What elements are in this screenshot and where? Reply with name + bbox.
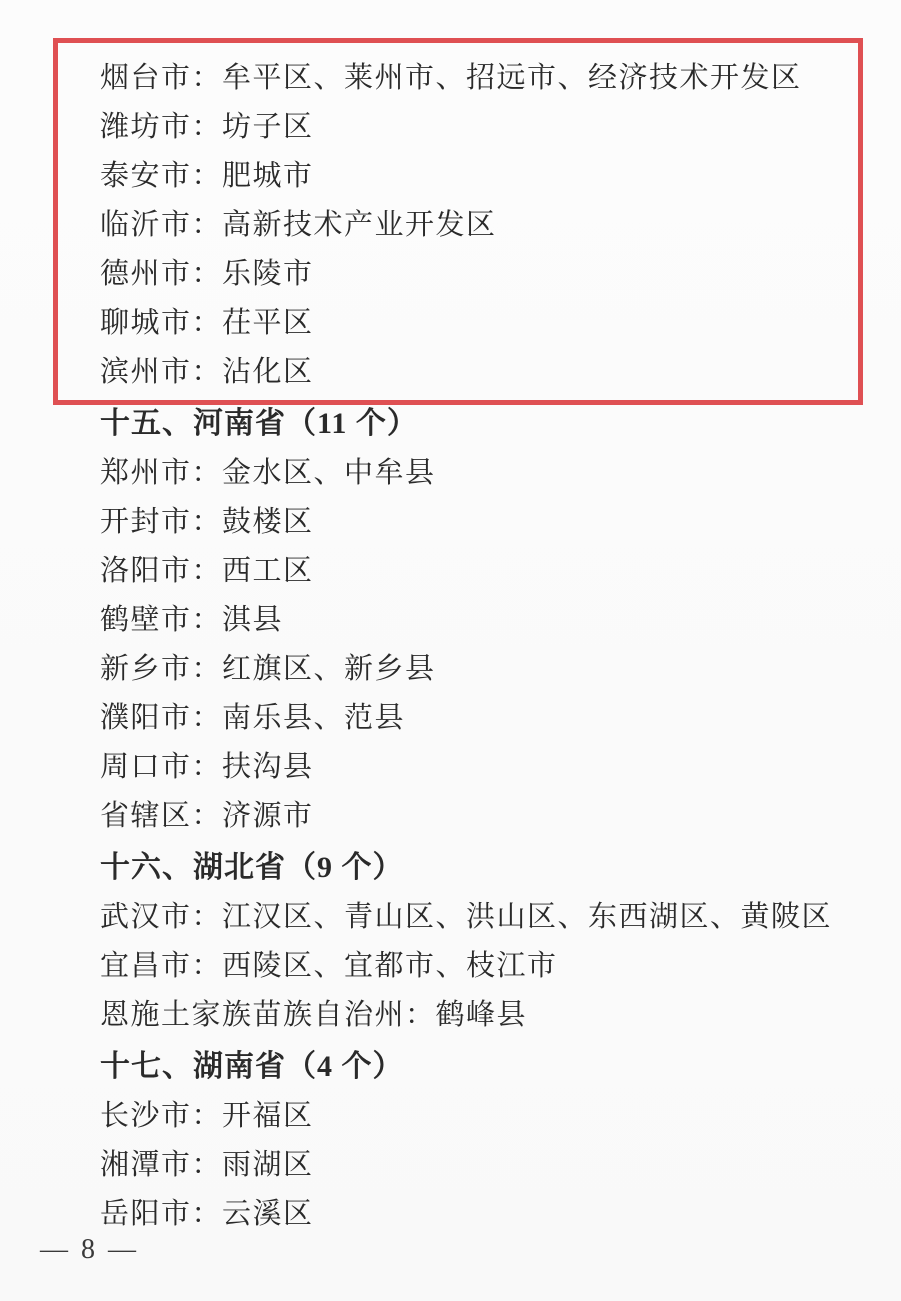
city-districts-line: 鹤壁市：淇县 <box>100 600 881 649</box>
section-heading-henan: 十五、河南省（11 个） <box>100 404 881 453</box>
page-number: — 8 — <box>40 1234 139 1266</box>
city-districts-line: 恩施土家族苗族自治州：鹤峰县 <box>100 995 881 1044</box>
city-districts-line: 长沙市：开福区 <box>100 1096 881 1145</box>
city-districts-line: 新乡市：红旗区、新乡县 <box>100 649 881 698</box>
section-heading-hubei: 十六、湖北省（9 个） <box>100 848 881 897</box>
city-districts-line: 周口市：扶沟县 <box>100 747 881 796</box>
city-districts-line: 省辖区：济源市 <box>100 796 881 845</box>
document-page: 烟台市：牟平区、莱州市、招远市、经济技术开发区 潍坊市：坊子区 泰安市：肥城市 … <box>0 0 901 1301</box>
city-districts-line: 临沂市：高新技术产业开发区 <box>100 205 881 254</box>
document-content: 烟台市：牟平区、莱州市、招远市、经济技术开发区 潍坊市：坊子区 泰安市：肥城市 … <box>100 58 881 1243</box>
city-districts-line: 滨州市：沾化区 <box>100 352 881 401</box>
city-districts-line: 岳阳市：云溪区 <box>100 1194 881 1243</box>
city-districts-line: 宜昌市：西陵区、宜都市、枝江市 <box>100 946 881 995</box>
city-districts-line: 泰安市：肥城市 <box>100 156 881 205</box>
city-districts-line: 濮阳市：南乐县、范县 <box>100 698 881 747</box>
city-districts-line: 聊城市：茌平区 <box>100 303 881 352</box>
city-districts-line: 湘潭市：雨湖区 <box>100 1145 881 1194</box>
section-heading-hunan: 十七、湖南省（4 个） <box>100 1047 881 1096</box>
city-districts-line: 郑州市：金水区、中牟县 <box>100 453 881 502</box>
city-districts-line: 潍坊市：坊子区 <box>100 107 881 156</box>
city-districts-line: 开封市：鼓楼区 <box>100 502 881 551</box>
city-districts-line: 烟台市：牟平区、莱州市、招远市、经济技术开发区 <box>100 58 881 107</box>
city-districts-line: 洛阳市：西工区 <box>100 551 881 600</box>
city-districts-line: 德州市：乐陵市 <box>100 254 881 303</box>
city-districts-line: 武汉市：江汉区、青山区、洪山区、东西湖区、黄陂区 <box>100 897 881 946</box>
